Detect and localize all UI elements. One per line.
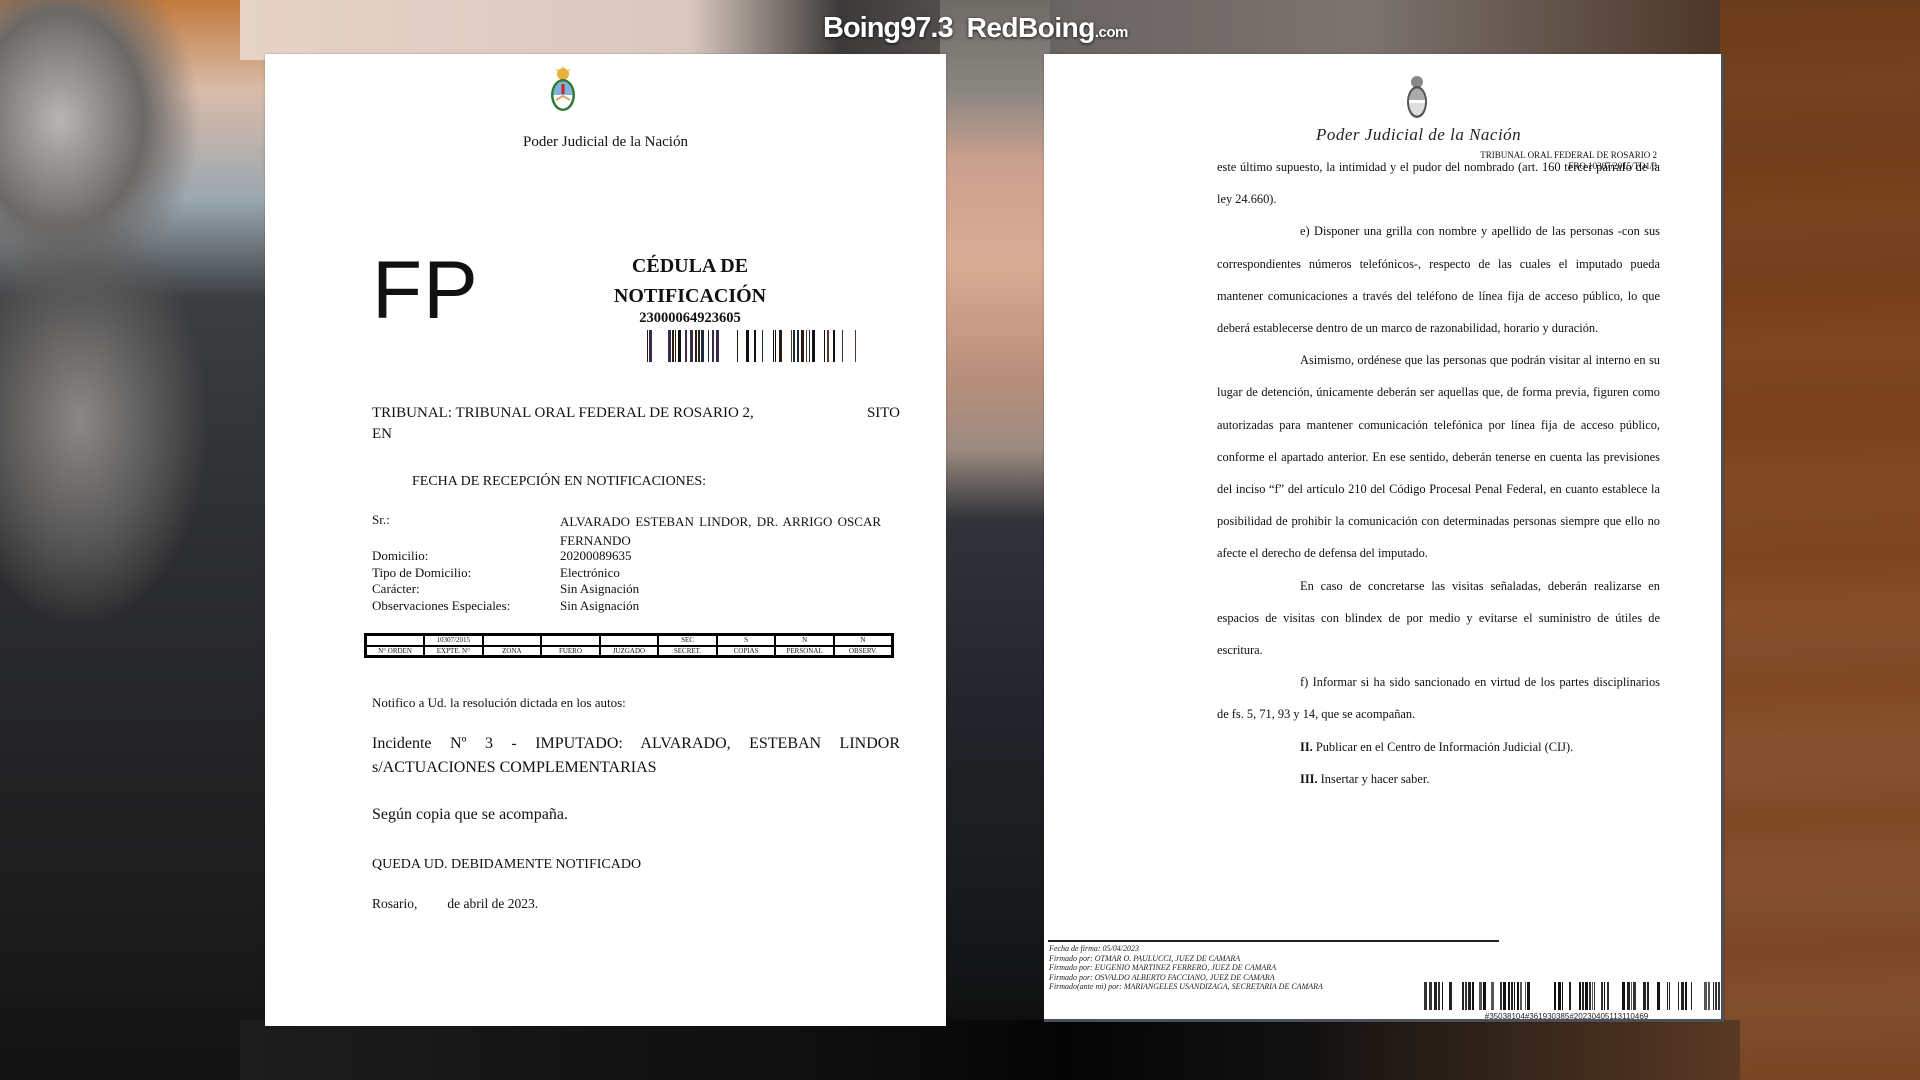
paragraph: este último supuesto, la intimidad y el … <box>1217 151 1660 215</box>
resolution-page: Poder Judicial de la Nación TRIBUNAL ORA… <box>1044 54 1724 1022</box>
cedula-number: 23000064923605 <box>565 310 815 327</box>
table-cell: N <box>834 635 893 646</box>
barcode <box>1413 982 1720 1010</box>
table-header: SECRET. <box>658 646 717 657</box>
barcode <box>640 330 864 362</box>
document-title: CÉDULA DE NOTIFICACIÓN <box>565 251 815 311</box>
paragraph: e) Disponer una grilla con nombre y apel… <box>1217 215 1660 344</box>
copy-note: Según copia que se acompaña. <box>372 806 568 824</box>
table-cell <box>483 635 542 646</box>
table-cell <box>366 635 425 646</box>
table-row: 10307/2015SECSNN <box>366 635 893 646</box>
case-title: Incidente Nº 3 - IMPUTADO: ALVARADO, EST… <box>372 732 900 780</box>
notification-intro: Notifico a Ud. la resolución dictada en … <box>372 695 626 711</box>
site-logo: RedBoing.com <box>967 12 1128 44</box>
paragraph: f) Informar si ha sido sancionado en vir… <box>1217 666 1660 730</box>
paragraph: En caso de concretarse las visitas señal… <box>1217 570 1660 667</box>
reception-date-label: FECHA DE RECEPCIÓN EN NOTIFICACIONES: <box>412 474 706 490</box>
notified-statement: QUEDA UD. DEBIDAMENTE NOTIFICADO <box>372 857 641 873</box>
paragraph: Asimismo, ordénese que las personas que … <box>1217 344 1660 569</box>
table-header: OBSERV. <box>834 646 893 657</box>
barcode-code: #35038104#361930385#20230405113110469 <box>1413 1012 1720 1021</box>
table-header: ZONA <box>483 646 542 657</box>
item-ii: II. Publicar en el Centro de Información… <box>1217 731 1660 763</box>
cedula-document: Poder Judicial de la Nación FP CÉDULA DE… <box>265 54 946 1026</box>
table-cell: 10307/2015 <box>424 635 483 646</box>
table-header: PERSONAL <box>775 646 834 657</box>
argentina-coat-of-arms-icon <box>548 66 578 116</box>
tribunal-line: TRIBUNAL: TRIBUNAL ORAL FEDERAL DE ROSAR… <box>372 403 900 445</box>
table-cell <box>541 635 600 646</box>
organization-name: Poder Judicial de la Nación <box>265 134 946 151</box>
brand-logos: Boing97.3 RedBoing.com <box>823 12 1128 48</box>
table-cell: N <box>775 635 834 646</box>
table-header: JUZGADO <box>600 646 659 657</box>
table-row: N° ORDENEXPTE. N°ZONAFUEROJUZGADOSECRET.… <box>366 646 893 657</box>
table-cell: S <box>717 635 776 646</box>
signature-block: Fecha de firma: 05/04/2023 Firmado por: … <box>1049 944 1323 992</box>
argentina-coat-of-arms-icon <box>1405 74 1429 122</box>
table-header: EXPTE. N° <box>424 646 483 657</box>
expediente-table: 10307/2015SECSNN N° ORDENEXPTE. N°ZONAFU… <box>364 633 894 658</box>
table-cell <box>600 635 659 646</box>
organization-name: Poder Judicial de la Nación <box>1316 125 1521 145</box>
signature-divider <box>1048 940 1499 942</box>
document-code: FP <box>372 250 479 332</box>
table-header: COPIAS <box>717 646 776 657</box>
resolution-body: este último supuesto, la intimidad y el … <box>1217 151 1660 795</box>
place-date: Rosario,de abril de 2023. <box>372 896 538 912</box>
table-header: FUERO <box>541 646 600 657</box>
station-logo: Boing97.3 <box>823 12 953 45</box>
table-cell: SEC <box>658 635 717 646</box>
item-iii: III. Insertar y hacer saber. <box>1217 763 1660 795</box>
table-header: N° ORDEN <box>366 646 425 657</box>
